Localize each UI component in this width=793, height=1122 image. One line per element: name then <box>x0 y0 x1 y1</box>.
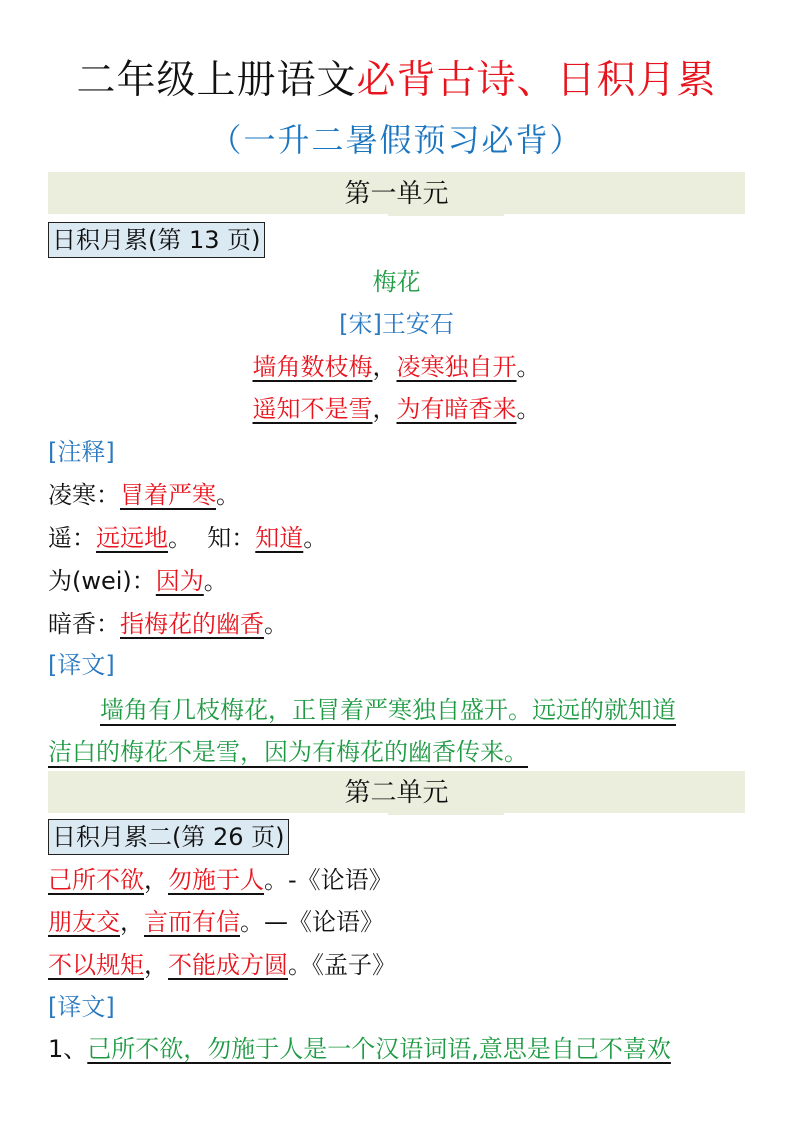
saying-item: 不以规矩，不能成方圆。《孟子》 <box>48 948 396 982</box>
saying-part-b: 不能成方圆 <box>168 951 288 979</box>
note-definition: 知道 <box>255 524 303 552</box>
saying-part-b: 勿施于人 <box>168 866 264 894</box>
saying-end: 。 <box>264 866 288 894</box>
unit-2-translation-line-1: 1、己所不欲，勿施于人是一个汉语词语,意思是自己不喜欢 <box>48 1032 671 1066</box>
title-black-part: 二年级上册语文 <box>76 58 356 103</box>
note-end: 。 <box>216 481 240 509</box>
saying-part-b: 言而有信 <box>144 908 240 936</box>
translation-label: [译文] <box>48 990 115 1024</box>
poem-author: [宋]王安石 <box>0 307 793 341</box>
notes-label: [注释] <box>48 435 115 469</box>
heading-shade <box>388 210 504 216</box>
note-end: 。 <box>264 610 288 638</box>
note-term: 暗香： <box>48 610 120 638</box>
unit-2-heading-bar: 第二单元 <box>48 771 745 813</box>
note-definition: 指梅花的幽香 <box>120 610 264 638</box>
poem-author-name: 王安石 <box>382 310 454 338</box>
unit-2-tag-box: 日积月累二(第 26 页) <box>48 819 289 855</box>
saying-end: 。 <box>240 908 264 936</box>
saying-sep: ， <box>120 908 144 936</box>
note-end: 。 <box>204 567 228 595</box>
poem-line-1a: 墙角数枝梅 <box>253 353 373 381</box>
unit-1-heading-bar: 第一单元 <box>48 172 745 214</box>
translation-text: 洁白的梅花不是雪，因为有梅花的幽香传来。 <box>48 738 528 766</box>
note-definition: 远远地 <box>96 524 168 552</box>
poem-line-2a: 遥知不是雪 <box>253 395 373 423</box>
unit-1-tag-box: 日积月累(第 13 页) <box>48 222 265 258</box>
note-item: 暗香：指梅花的幽香。 <box>48 607 288 641</box>
translation-line-2: 洁白的梅花不是雪，因为有梅花的幽香传来。 <box>48 731 745 773</box>
poem-end: 。 <box>517 353 541 381</box>
note-end: 。 <box>303 524 327 552</box>
saying-sep: ， <box>144 866 168 894</box>
poem-title: 梅花 <box>0 265 793 299</box>
poem-sep: ， <box>373 395 397 423</box>
poem-line-1b: 凌寒独自开 <box>397 353 517 381</box>
poem-sep: ， <box>373 353 397 381</box>
note-item: 凌寒：冒着严寒。 <box>48 478 240 512</box>
saying-item: 朋友交，言而有信。—《论语》 <box>48 905 384 939</box>
poem-end: 。 <box>517 395 541 423</box>
translation-number: 1、 <box>48 1035 87 1063</box>
translation-text: 墙角有几枝梅花，正冒着严寒独自盛开。远远的就知道 <box>100 696 676 724</box>
note-term: 知： <box>207 524 255 552</box>
heading-shade <box>388 809 504 815</box>
title-red-part: 必背古诗、日积月累 <box>357 58 717 103</box>
poem-dynasty: [宋] <box>339 310 382 338</box>
note-item: 遥：远远地。 知：知道。 <box>48 521 327 555</box>
saying-end: 。 <box>288 951 312 979</box>
note-term: 为(wei)： <box>48 567 156 595</box>
poem-line-2: 遥知不是雪，为有暗香来。 <box>0 392 793 426</box>
saying-source: —《论语》 <box>264 908 384 936</box>
poem-line-1: 墙角数枝梅，凌寒独自开。 <box>0 350 793 384</box>
document-subtitle: （一升二暑假预习必背） <box>0 118 793 162</box>
note-term: 凌寒： <box>48 481 120 509</box>
unit-1-heading: 第一单元 <box>48 176 745 212</box>
unit-1-translation: 墙角有几枝梅花，正冒着严寒独自盛开。远远的就知道 洁白的梅花不是雪，因为有梅花的… <box>48 689 745 773</box>
poem-line-2b: 为有暗香来 <box>397 395 517 423</box>
document-title: 二年级上册语文必背古诗、日积月累 <box>0 56 793 106</box>
unit-2-heading: 第二单元 <box>48 775 745 811</box>
saying-part-a: 己所不欲 <box>48 866 144 894</box>
note-definition: 冒着严寒 <box>120 481 216 509</box>
note-item: 为(wei)：因为。 <box>48 564 228 598</box>
saying-part-a: 朋友交 <box>48 908 120 936</box>
translation-line-1: 墙角有几枝梅花，正冒着严寒独自盛开。远远的就知道 <box>48 689 745 731</box>
saying-item: 己所不欲，勿施于人。-《论语》 <box>48 863 393 897</box>
note-term: 遥： <box>48 524 96 552</box>
translation-text: 己所不欲，勿施于人是一个汉语词语,意思是自己不喜欢 <box>87 1035 671 1063</box>
saying-source: -《论语》 <box>288 866 393 894</box>
saying-sep: ， <box>144 951 168 979</box>
note-definition: 因为 <box>156 567 204 595</box>
note-end: 。 <box>168 524 192 552</box>
translation-label: [译文] <box>48 648 115 682</box>
saying-source: 《孟子》 <box>312 951 396 979</box>
saying-part-a: 不以规矩 <box>48 951 144 979</box>
